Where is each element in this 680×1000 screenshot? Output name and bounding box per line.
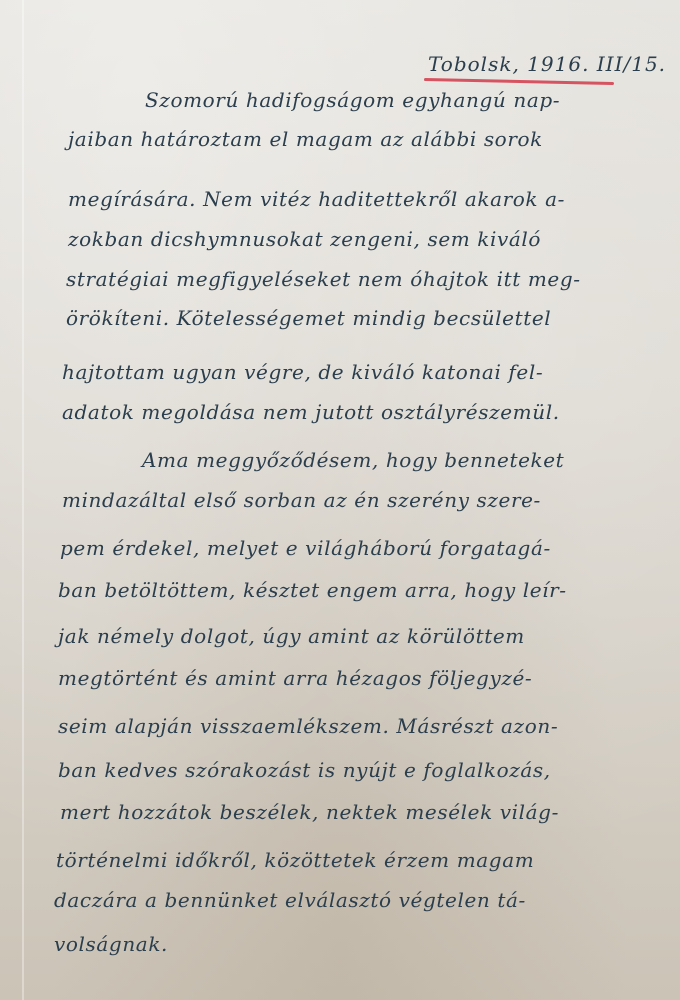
text-line: ban betöltöttem, késztet engem arra, hog… <box>58 578 567 602</box>
text-line: megtörtént és amint arra hézagos följegy… <box>58 666 532 690</box>
text-line: Ama meggyőződésem, hogy benneteket <box>142 448 564 472</box>
paper-fold <box>22 0 24 1000</box>
text-line: jak némely dolgot, úgy amint az körülött… <box>58 624 525 648</box>
text-line: pem érdekel, melyet e világháború forgat… <box>60 536 551 560</box>
text-line: mert hozzátok beszélek, nektek mesélek v… <box>60 800 559 824</box>
letter-page: Tobolsk, 1916. III/15. Szomorú hadifogsá… <box>0 0 680 1000</box>
text-line: Szomorú hadifogságom egyhangú nap- <box>145 88 560 112</box>
text-line: ban kedves szórakozást is nyújt e foglal… <box>58 758 551 782</box>
text-line: adatok megoldása nem jutott osztályrésze… <box>62 400 560 424</box>
text-line: volságnak. <box>54 932 168 956</box>
text-line: jaiban határoztam el magam az alábbi sor… <box>68 127 543 151</box>
red-underline <box>424 78 614 85</box>
text-line: megírására. Nem vitéz haditettekről akar… <box>68 187 565 211</box>
place-date-text: Tobolsk, 1916. III/15. <box>428 52 666 76</box>
text-line: seim alapján visszaemlékszem. Másrészt a… <box>58 714 558 738</box>
text-line: örökíteni. Kötelességemet mindig becsüle… <box>66 306 551 330</box>
text-line: stratégiai megfigyeléseket nem óhajtok i… <box>66 267 581 291</box>
text-line: daczára a bennünket elválasztó végtelen … <box>54 888 526 912</box>
text-line: történelmi időkről, közöttetek érzem mag… <box>56 848 534 872</box>
text-line: mindazáltal első sorban az én szerény sz… <box>62 488 541 512</box>
place-date-header: Tobolsk, 1916. III/15. <box>428 52 666 76</box>
text-line: hajtottam ugyan végre, de kiváló katonai… <box>62 360 543 384</box>
text-line: zokban dicshymnusokat zengeni, sem kivál… <box>68 227 541 251</box>
